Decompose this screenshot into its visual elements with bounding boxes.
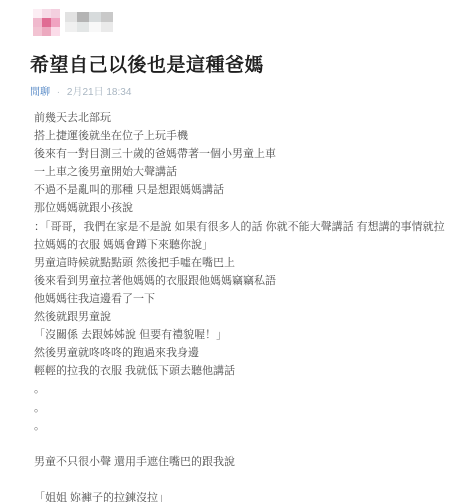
mosaic-cell	[101, 22, 113, 32]
mosaic-cell	[77, 12, 89, 22]
post-line: 輕輕的拉我的衣服 我就低下頭去聽他講話	[34, 362, 470, 380]
mosaic-cell	[65, 12, 77, 22]
mosaic-cell	[101, 12, 113, 22]
post-line: 後來看到男童拉著他媽媽的衣服跟他媽媽竊竊私語	[34, 272, 470, 290]
post-line: 一上車之後男童開始大聲講話	[34, 163, 470, 181]
post-line: 搭上捷運後就坐在位子上玩手機	[34, 127, 470, 145]
post-date: 2月21日 18:34	[67, 87, 132, 98]
post-line: 。	[34, 380, 470, 398]
post-line	[34, 435, 470, 453]
post-line: 「沒關係 去跟姊姊說 但要有禮貌喔！」	[34, 326, 470, 344]
post-line: 男童不只很小聲 還用手遮住嘴巴的跟我說	[34, 453, 470, 471]
mosaic-cell	[51, 18, 60, 27]
mosaic-cell	[33, 27, 42, 36]
post-body: 前幾天去北部玩搭上捷運後就坐在位子上玩手機後來有一對目測三十歲的爸媽帶著一個小男…	[0, 99, 476, 502]
post-line: 他媽媽往我這邊看了一下	[34, 290, 470, 308]
username-censored[interactable]	[65, 12, 113, 32]
avatar[interactable]	[33, 9, 60, 36]
mosaic-cell	[42, 18, 51, 27]
post-line: 。	[34, 399, 470, 417]
post-line: 不過不是亂叫的那種 只是想跟媽媽講話	[34, 181, 470, 199]
post-line: 那位媽媽就跟小孩說	[34, 199, 470, 217]
post-title: 希望自己以後也是這種爸媽	[0, 40, 476, 79]
post-line: 然後男童就咚咚咚的跑過來我身邊	[34, 344, 470, 362]
mosaic-cell	[51, 9, 60, 18]
mosaic-cell	[33, 18, 42, 27]
post-meta: 閒聊 · 2月21日 18:34	[0, 79, 476, 99]
topic-link[interactable]: 閒聊	[30, 87, 50, 98]
mosaic-cell	[89, 22, 101, 32]
mosaic-cell	[42, 9, 51, 18]
post-line: 。	[34, 417, 470, 435]
mosaic-cell	[51, 27, 60, 36]
post-line: 拉媽媽的衣服 媽媽會蹲下來聽你說」	[34, 236, 470, 254]
meta-separator: ·	[57, 87, 60, 98]
post-page: 希望自己以後也是這種爸媽 閒聊 · 2月21日 18:34 前幾天去北部玩搭上捷…	[0, 0, 476, 502]
post-line: 後來有一對目測三十歲的爸媽帶著一個小男童上車	[34, 145, 470, 163]
mosaic-cell	[42, 27, 51, 36]
post-header	[0, 0, 476, 40]
post-line: 「姐姐 妳褲子的拉鍊沒拉」	[34, 489, 470, 502]
post-line: 然後就跟男童說	[34, 308, 470, 326]
mosaic-cell	[89, 12, 101, 22]
post-line: ：「哥哥，我們在家是不是說 如果有很多人的話 你就不能大聲講話 有想講的事情就拉	[34, 218, 470, 236]
post-line: 前幾天去北部玩	[34, 109, 470, 127]
mosaic-cell	[33, 9, 42, 18]
post-line	[34, 471, 470, 489]
post-line: 男童這時候就點點頭 然後把手噓在嘴巴上	[34, 254, 470, 272]
mosaic-cell	[77, 22, 89, 32]
mosaic-cell	[65, 22, 77, 32]
